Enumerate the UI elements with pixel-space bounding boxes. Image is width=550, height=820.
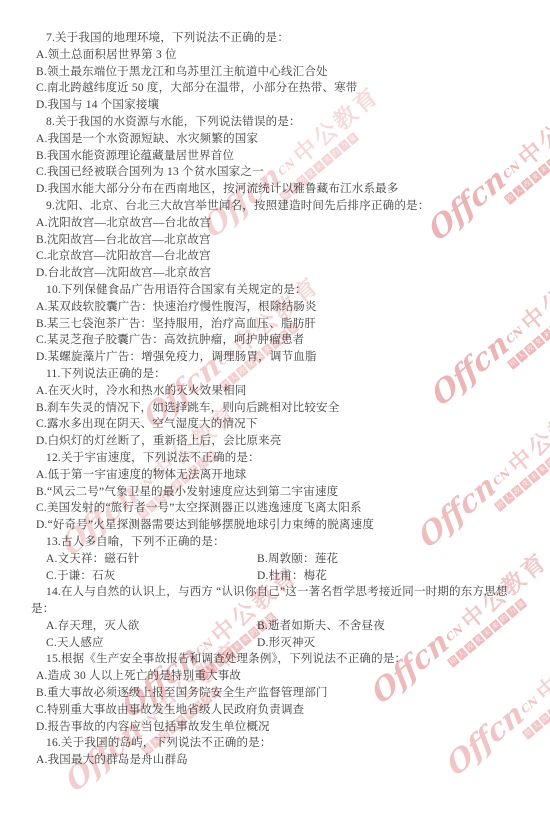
slogan-char: 来 [546, 156, 550, 169]
question-stem: 16.关于我国的岛屿，下列说法不正确的是： [31, 735, 520, 752]
slogan-char: 变 [529, 170, 542, 183]
slogan-char: 未 [537, 163, 550, 176]
option-item: C.某灵芝孢子胶囊广告：高效抗肿瘤，呵护肿瘤患者 [31, 332, 520, 349]
question-stem: 11.下列说法正确的是： [31, 366, 520, 383]
slogan-char: 改 [521, 177, 534, 190]
option-row: C.于谦：石灰D.杜甫：梅花 [31, 568, 520, 585]
option-item: A.在灭火时，冷水和热水的灭火效果相同 [31, 383, 520, 400]
option-item: D.报告事故的内容应当包括事故发生单位概况 [31, 719, 520, 736]
option-item: D.形灭神灭 [257, 635, 520, 652]
option-item: A.低于第一宇宙速度的物体无法离开地球 [31, 467, 520, 484]
question-stem: 15.根据《生产安全事故报告和调查处理条例》，下列说法不正确的是： [31, 651, 520, 668]
option-item: B.“风云二号”气象卫星的最小发射速度应达到第二宇宙速度 [31, 484, 520, 501]
slogan-char: 改 [524, 342, 537, 355]
question-stem: 14.在人与自然的认识上，与西方 “认识你自己”这一著名哲学思考接近同一时期的东… [31, 584, 520, 618]
option-item: A.造成 30 人以上死亡的是特别重大事故 [31, 668, 520, 685]
option-item: B.重大事故必须逐级上报至国务院安全生产监督管理部门 [31, 685, 520, 702]
option-item: D.某螺旋藻片广告：增强免疫力，调理肠胃，调节血脂 [31, 349, 520, 366]
brand-characters: 中公教育 [532, 620, 550, 707]
exam-page: OffcnCN中公教育给人改变未来的力量OffcnCN中公教育给人改变未来的力量… [0, 0, 550, 820]
option-item: D.我国与 14 个国家接壤 [31, 97, 520, 114]
option-item: C.于谦：石灰 [46, 568, 257, 585]
option-item: A.领土总面积居世界第 3 位 [31, 47, 520, 64]
option-item: D.我国水能大部分分布在西南地区，按河流统计以雅鲁藏布江水系最多 [31, 181, 520, 198]
question-stem: 13.古人多自喻，下列不正确的是： [31, 534, 520, 551]
question-stem: 7.关于我国的地理环境，下列说法不正确的是： [31, 30, 520, 47]
option-item: B.周敦颐：莲花 [257, 551, 520, 568]
option-item: C.南北跨越纬度近 50 度，大部分在温带，小部分在热带、寒带 [31, 80, 520, 97]
slogan-char: 未 [540, 328, 550, 341]
slogan-char: 来 [536, 463, 549, 476]
question-stem: 10.下列保健食品广告用语符合国家有关规定的是： [31, 282, 520, 299]
slogan-char: 变 [519, 477, 532, 490]
slogan-char: 的 [544, 456, 550, 469]
option-item: C.北京故宫—沈阳故宫—台北故宫 [31, 248, 520, 265]
option-item: C.我国已经被联合国列为 13 个贫水国家之一 [31, 164, 520, 181]
slogan-char: 改 [539, 712, 550, 725]
option-item: B.沈阳故宫—台北故宫—北京故宫 [31, 232, 520, 249]
slogan-char: 人 [530, 719, 543, 732]
option-item: B.某三七袋泡茶广告：坚持服用，治疗高血压、脂肪肝 [31, 316, 520, 333]
option-item: A.文天祥：磁石针 [46, 551, 257, 568]
slogan-strip: 给人改变未来的力量 [522, 635, 550, 740]
option-item: A.我国最大的群岛是舟山群岛 [31, 752, 520, 769]
slogan-char: 变 [532, 335, 545, 348]
question-stem: 8.关于我国的水资源与水能，下列说法错误的是： [31, 114, 520, 131]
option-item: D.台北故宫—沈阳故宫—北京故宫 [31, 265, 520, 282]
option-item: B.逝者如斯夫、不舍昼夜 [257, 618, 520, 635]
option-item: B.刹车失灵的情况下，如选择跳车，则向后跳相对比较安全 [31, 400, 520, 417]
option-item: A.某双歧软胶囊广告：快速治疗慢性腹泻，根除结肠炎 [31, 299, 520, 316]
slogan-char: 未 [527, 470, 540, 483]
option-item: D.白炽灯的灯丝断了，重新搭上后，会比原来亮 [31, 433, 520, 450]
option-item: D.“好奇号”火星探测器需要达到能够摆脱地球引力束缚的脱离速度 [31, 517, 520, 534]
option-item: C.天人感应 [46, 635, 257, 652]
option-item: C.露水多出现在阴天、空气湿度大的情况下 [31, 416, 520, 433]
question-stem: 9.沈阳、北京、台北三大故宫举世闻名，按照建造时间先后排序正确的是： [31, 198, 520, 215]
option-item: B.我国水能资源理论蕴藏量居世界首位 [31, 148, 520, 165]
option-item: D.杜甫：梅花 [257, 568, 520, 585]
option-item: A.我国是一个水资源短缺、水灾频繁的国家 [31, 131, 520, 148]
slogan-char: 给 [522, 726, 535, 739]
question-list: 7.关于我国的地理环境，下列说法不正确的是：A.领土总面积居世界第 3 位B.领… [31, 30, 520, 769]
option-item: C.美国发射的“旅行者一号”太空探测器正以逃逸速度飞离太阳系 [31, 500, 520, 517]
option-item: C.特别重大事故由事故发生地省级人民政府负责调查 [31, 702, 520, 719]
brand-characters: 中公教育 [517, 250, 550, 337]
option-row: C.天人感应D.形灭神灭 [31, 635, 520, 652]
question-stem: 12.关于宇宙速度，下列说法不正确的是： [31, 450, 520, 467]
option-row: A.存天理，灭人欲B.逝者如斯夫、不舍昼夜 [31, 618, 520, 635]
option-item: B.领土最东端位于黑龙江和乌苏里江主航道中心线汇合处 [31, 64, 520, 81]
option-item: A.沈阳故宫—北京故宫—台北故宫 [31, 215, 520, 232]
option-row: A.文天祥：磁石针B.周敦颐：莲花 [31, 551, 520, 568]
option-item: A.存天理，灭人欲 [46, 618, 257, 635]
